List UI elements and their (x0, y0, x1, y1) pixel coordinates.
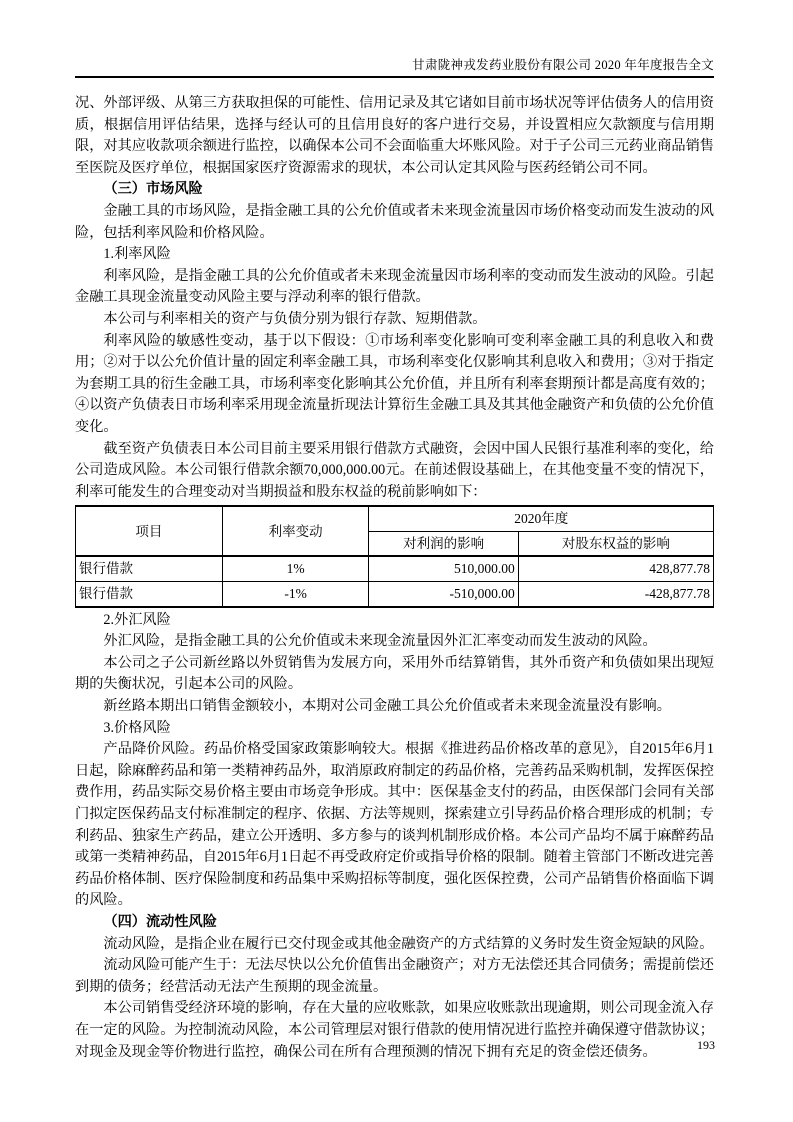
column-header-profit-impact: 对利润的影响 (369, 531, 518, 556)
table-header-row-1: 项目 利率变动 2020年度 (76, 506, 714, 531)
paragraph-market-definition: 金融工具的市场风险，是指金融工具的公允价值或者未来现金流量因市场价格变动而发生波… (75, 201, 714, 244)
column-header-item: 项目 (76, 506, 223, 556)
heading-liquidity-risk: （四）流动性风险 (75, 912, 714, 934)
paragraph-interest-assets: 本公司与利率相关的资产与负债分别为银行存款、短期借款。 (75, 309, 714, 331)
paragraph-balance-sheet-financing: 截至资产负债表日本公司目前主要采用银行借款方式融资，会因中国人民银行基准利率的变… (75, 439, 714, 504)
report-title: 甘肃陇神戎发药业股份有限公司 2020 年年度报告全文 (75, 57, 714, 73)
cell-rate-change: 1% (222, 556, 369, 581)
cell-item: 银行借款 (76, 556, 223, 581)
page-number: 193 (697, 1038, 715, 1053)
column-header-equity-impact: 对股东权益的影响 (518, 531, 713, 556)
paragraph-interest-definition: 利率风险，是指金融工具的公允价值或者未来现金流量因市场利率的变动而发生波动的风险… (75, 266, 714, 309)
cell-rate-change: -1% (222, 582, 369, 607)
document-page: 甘肃陇神戎发药业股份有限公司 2020 年年度报告全文 况、外部评级、从第三方获… (0, 0, 793, 1122)
paragraph-fx-subsidiary: 本公司之子公司新丝路以外贸销售为发展方向，采用外币结算销售，其外币资产和负债如果… (75, 653, 714, 696)
heading-market-risk: （三）市场风险 (75, 179, 714, 201)
paragraph-sensitivity-assumptions: 利率风险的敏感性变动，基于以下假设：①市场利率变化影响可变利率金融工具的利息收入… (75, 331, 714, 439)
heading-price-risk: 3.价格风险 (75, 718, 714, 740)
heading-interest-rate-risk: 1.利率风险 (75, 244, 714, 266)
paragraph-liquidity-sources: 流动风险可能产生于：无法尽快以公允价值售出金融资产；对方无法偿还其合同债务；需提… (75, 955, 714, 998)
paragraph-fx-export: 新丝路本期出口销售金额较小，本期对公司金融工具公允价值或者未来现金流量没有影响。 (75, 696, 714, 718)
page-header: 甘肃陇神戎发药业股份有限公司 2020 年年度报告全文 (75, 0, 714, 78)
column-header-period: 2020年度 (369, 506, 714, 531)
page-content: 甘肃陇神戎发药业股份有限公司 2020 年年度报告全文 况、外部评级、从第三方获… (75, 0, 714, 1063)
heading-fx-risk: 2.外汇风险 (75, 610, 714, 632)
paragraph-liquidity-definition: 流动风险，是指企业在履行已交付现金或其他金融资产的方式结算的义务时发生资金短缺的… (75, 934, 714, 956)
paragraph-liquidity-control: 本公司销售受经济环境的影响，存在大量的应收账款，如果应收账款出现逾期，则公司现金… (75, 998, 714, 1063)
cell-equity-impact: 428,877.78 (518, 556, 713, 581)
header-rule (75, 76, 714, 78)
cell-profit-impact: -510,000.00 (369, 582, 518, 607)
document-body: 况、外部评级、从第三方获取担保的可能性、信用记录及其它诸如目前市场状况等评估债务… (75, 93, 714, 1063)
cell-equity-impact: -428,877.78 (518, 582, 713, 607)
paragraph-fx-definition: 外汇风险，是指金融工具的公允价值或未来现金流量因外汇汇率变动而发生波动的风险。 (75, 631, 714, 653)
cell-item: 银行借款 (76, 582, 223, 607)
table-row: 银行借款 1% 510,000.00 428,877.78 (76, 556, 714, 581)
column-header-rate-change: 利率变动 (222, 506, 369, 556)
interest-rate-sensitivity-table: 项目 利率变动 2020年度 对利润的影响 对股东权益的影响 银行借款 1% 5… (75, 505, 714, 607)
table-row: 银行借款 -1% -510,000.00 -428,877.78 (76, 582, 714, 607)
paragraph-credit-continuation: 况、外部评级、从第三方获取担保的可能性、信用记录及其它诸如目前市场状况等评估债务… (75, 93, 714, 179)
paragraph-price-risk: 产品降价风险。药品价格受国家政策影响较大。根据《推进药品价格改革的意见》，自20… (75, 739, 714, 912)
cell-profit-impact: 510,000.00 (369, 556, 518, 581)
